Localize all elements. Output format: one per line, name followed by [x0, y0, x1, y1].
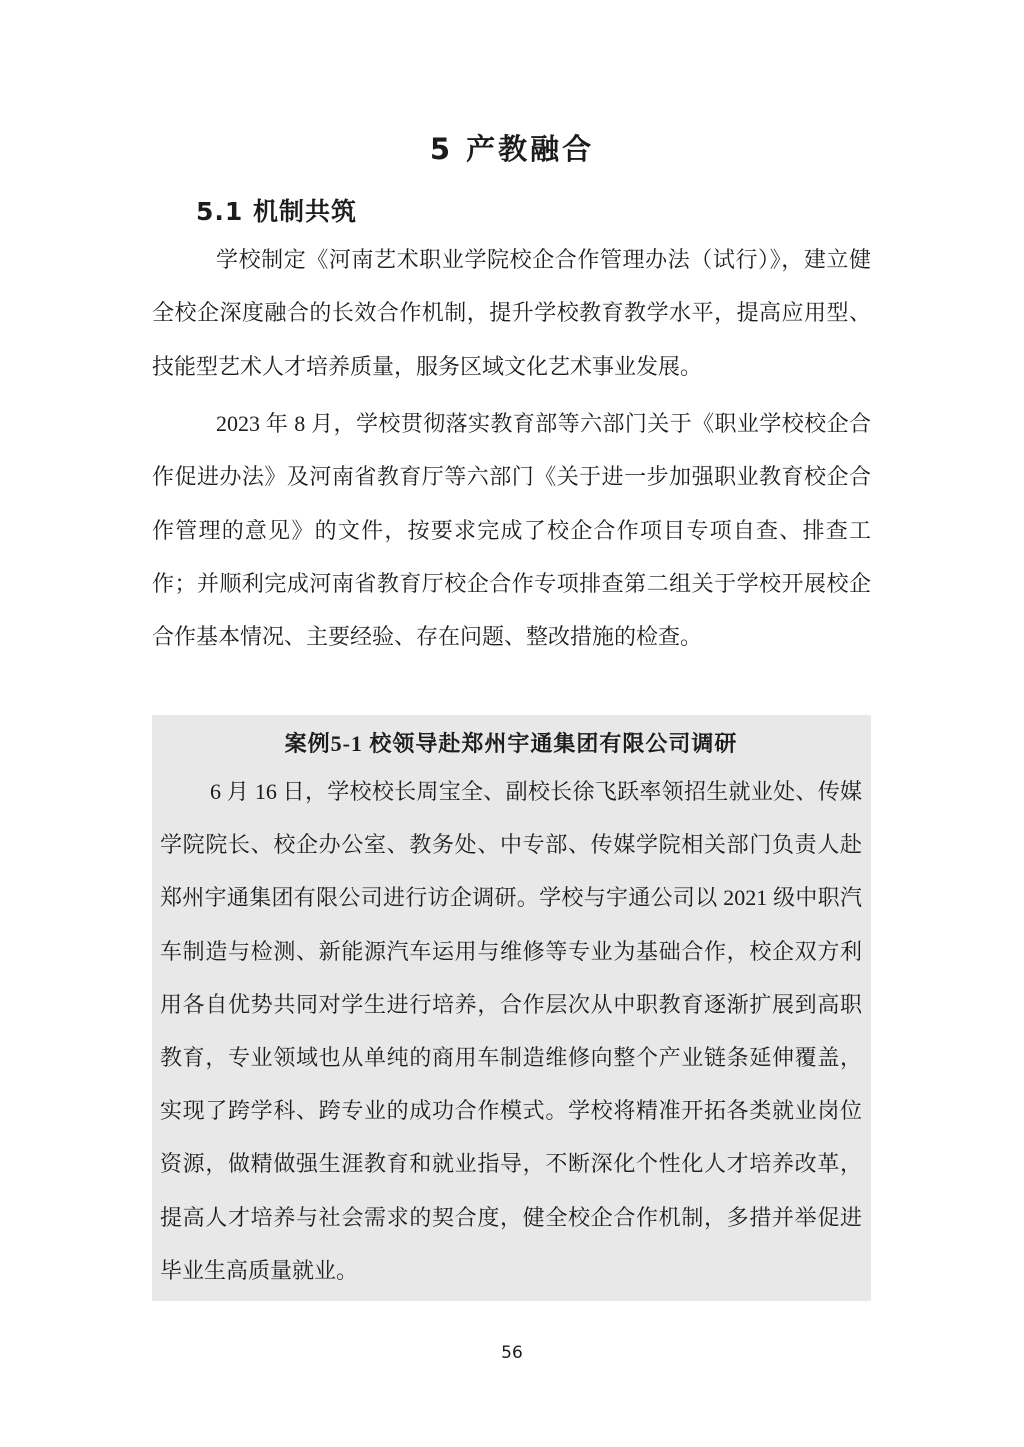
chapter-title: 5 产教融合: [0, 131, 1024, 167]
body-paragraph-2: 2023 年 8 月，学校贯彻落实教育部等六部门关于《职业学校校企合作促进办法》…: [152, 397, 871, 663]
case-box-body: 6 月 16 日，学校校长周宝全、副校长徐飞跃率领招生就业处、传媒学院院长、校企…: [160, 765, 862, 1297]
body-paragraph-1: 学校制定《河南艺术职业学院校企合作管理办法（试行）》，建立健全校企深度融合的长效…: [152, 233, 871, 393]
section-heading: 5.1 机制共筑: [196, 196, 357, 228]
case-box-title: 案例5-1 校领导赴郑州宇通集团有限公司调研: [160, 723, 862, 765]
case-study-box: 案例5-1 校领导赴郑州宇通集团有限公司调研 6 月 16 日，学校校长周宝全、…: [152, 715, 871, 1301]
page-number: 56: [0, 1342, 1024, 1364]
document-page: 5 产教融合 5.1 机制共筑 学校制定《河南艺术职业学院校企合作管理办法（试行…: [0, 0, 1024, 1447]
